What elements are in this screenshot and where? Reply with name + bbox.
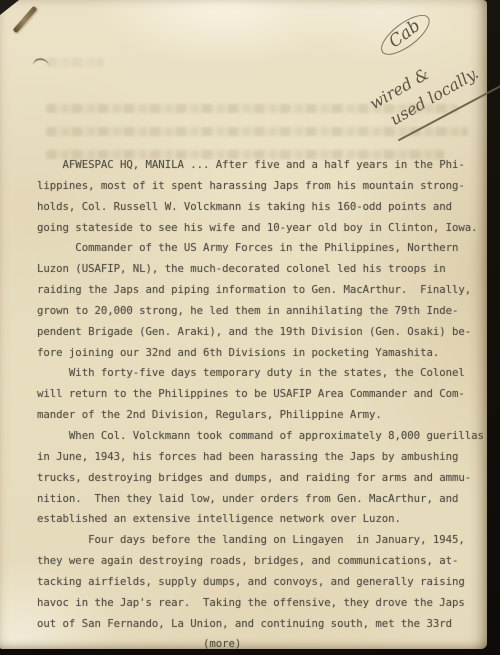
torn-corner-mark [0,0,19,15]
typed-line: grown to 20,000 strong, he led them in a… [37,301,489,322]
typed-line: going stateside to see his wife and 10-y… [37,218,489,239]
typed-line: (more) [37,634,489,655]
typed-line: Four days before the landing on Lingayen… [37,530,489,551]
typed-line: fore joining our 32nd and 6th Divisions … [37,343,489,364]
typed-line: When Col. Volckmann took command of appr… [37,426,489,447]
typed-line: Luzon (USAFIP, NL), the much-decorated c… [37,259,489,280]
typed-line: tacking airfields, supply dumps, and con… [37,572,489,593]
typed-line: raiding the Japs and piping information … [37,280,489,301]
typed-line: Commander of the US Army Forces in the P… [37,238,489,259]
handwritten-circled-word: Cab [375,8,436,62]
typed-line: AFWESPAC HQ, MANILA ... After five and a… [37,155,489,176]
typed-line: With forty-five days temporary duty in t… [37,363,489,384]
typed-line: lippines, most of it spent harassing Jap… [37,176,489,197]
scanned-document-page: Cab wired & used locally. AFWESPAC HQ, M… [0,0,500,655]
typed-line: holds, Col. Russell W. Volckmann is taki… [37,197,489,218]
typed-line: they were again destroying roads, bridge… [37,551,489,572]
typed-text-body: AFWESPAC HQ, MANILA ... After five and a… [37,155,489,655]
typed-line: havoc in the Jap's rear. Taking the offe… [37,593,489,614]
typed-line: established an extensive intelligence ne… [37,509,489,530]
paper-sheet: Cab wired & used locally. AFWESPAC HQ, M… [0,0,487,649]
typed-line: pendent Brigade (Gen. Araki), and the 19… [37,322,489,343]
typed-line: trucks, destroying bridges and dumps, an… [37,468,489,489]
typed-line: in June, 1943, his forces had been haras… [37,447,489,468]
typed-line: nition. Then they laid low, under orders… [37,489,489,510]
typed-line: will return to the Philippines to be USA… [37,384,489,405]
typed-line: mander of the 2nd Division, Regulars, Ph… [37,405,489,426]
bleedthrough-smudge [46,58,104,67]
typed-line: out of San Fernando, La Union, and conti… [37,614,489,635]
